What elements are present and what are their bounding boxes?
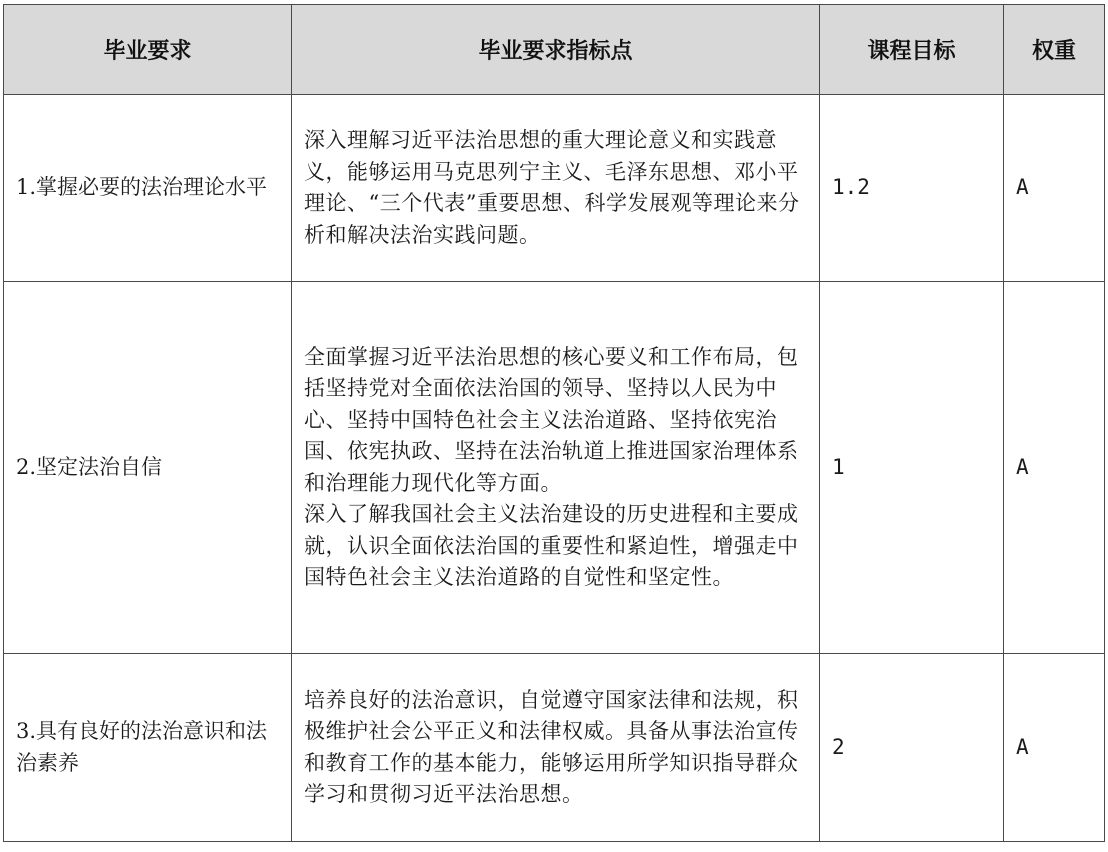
table-row: 3.具有良好的法治意识和法治素养 培养良好的法治意识，自觉遵守国家法律和法规，积… <box>4 654 1105 842</box>
table-row: 2.坚定法治自信 全面掌握习近平法治思想的核心要义和工作布局，包括坚持党对全面依… <box>4 282 1105 654</box>
indicator-cell: 全面掌握习近平法治思想的核心要义和工作布局，包括坚持党对全面依法治国的领导、坚持… <box>292 282 820 654</box>
course-goal-cell: 2 <box>820 654 1004 842</box>
course-goal-cell: 1 <box>820 282 1004 654</box>
indicator-paragraph: 全面掌握习近平法治思想的核心要义和工作布局，包括坚持党对全面依法治国的领导、坚持… <box>304 342 807 500</box>
requirement-cell: 3.具有良好的法治意识和法治素养 <box>4 654 292 842</box>
course-goal-cell: 1.2 <box>820 95 1004 282</box>
graduation-requirements-table: 毕业要求 毕业要求指标点 课程目标 权重 1.掌握必要的法治理论水平 深入理解习… <box>3 4 1105 842</box>
indicator-paragraph: 培养良好的法治意识，自觉遵守国家法律和法规，积极维护社会公平正义和法律权威。具备… <box>304 685 807 811</box>
weight-cell: A <box>1004 95 1105 282</box>
header-indicator: 毕业要求指标点 <box>292 5 820 95</box>
header-course-goal: 课程目标 <box>820 5 1004 95</box>
indicator-cell: 深入理解习近平法治思想的重大理论意义和实践意义，能够运用马克思列宁主义、毛泽东思… <box>292 95 820 282</box>
table-row: 1.掌握必要的法治理论水平 深入理解习近平法治思想的重大理论意义和实践意义，能够… <box>4 95 1105 282</box>
header-requirement: 毕业要求 <box>4 5 292 95</box>
indicator-paragraph: 深入了解我国社会主义法治建设的历史进程和主要成就，认识全面依法治国的重要性和紧迫… <box>304 499 807 594</box>
indicator-paragraph: 深入理解习近平法治思想的重大理论意义和实践意义，能够运用马克思列宁主义、毛泽东思… <box>304 125 807 251</box>
indicator-cell: 培养良好的法治意识，自觉遵守国家法律和法规，积极维护社会公平正义和法律权威。具备… <box>292 654 820 842</box>
requirement-cell: 2.坚定法治自信 <box>4 282 292 654</box>
header-weight: 权重 <box>1004 5 1105 95</box>
header-row: 毕业要求 毕业要求指标点 课程目标 权重 <box>4 5 1105 95</box>
weight-cell: A <box>1004 282 1105 654</box>
requirement-cell: 1.掌握必要的法治理论水平 <box>4 95 292 282</box>
weight-cell: A <box>1004 654 1105 842</box>
